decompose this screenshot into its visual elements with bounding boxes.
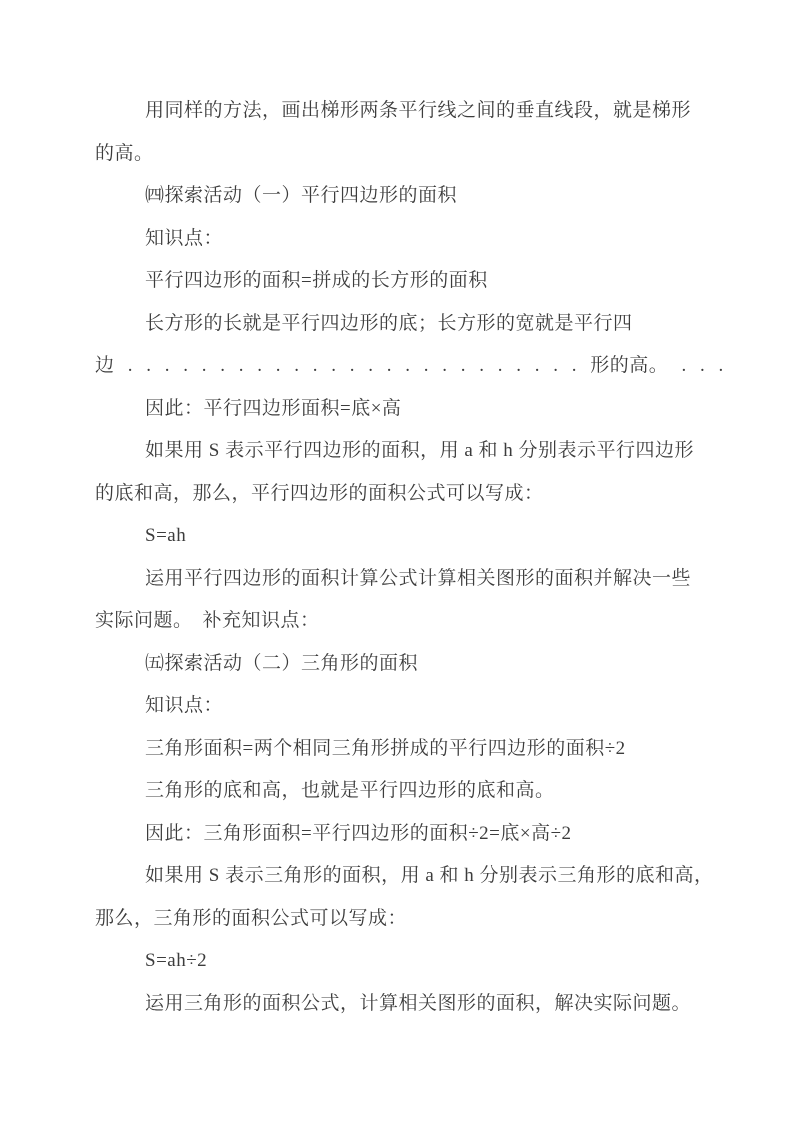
text-line: 运用平行四边形的面积计算公式计算相关图形的面积并解决一些 xyxy=(95,558,685,601)
section-heading-4: ㈣探索活动（一）平行四边形的面积 xyxy=(95,175,685,218)
formula-line: 因此：三角形面积=平行四边形的面积÷2=底×高÷2 xyxy=(95,813,685,856)
formula-line: 三角形面积=两个相同三角形拼成的平行四边形的面积÷2 xyxy=(95,728,685,771)
text-line: 如果用 S 表示三角形的面积，用 a 和 h 分别表示三角形的底和高， xyxy=(95,855,685,898)
text-line: 用同样的方法，画出梯形两条平行线之间的垂直线段，就是梯形 xyxy=(95,90,685,133)
document-body: 用同样的方法，画出梯形两条平行线之间的垂直线段，就是梯形 的高。 ㈣探索活动（一… xyxy=(95,90,685,1025)
text-line: 知识点： xyxy=(95,685,685,728)
text-line: 那么，三角形的面积公式可以写成： xyxy=(95,898,685,941)
formula-line: S=ah xyxy=(95,515,685,558)
text-line: 的高。 xyxy=(95,133,685,176)
text-line: 实际问题。 补充知识点： xyxy=(95,600,685,643)
text-line: 运用三角形的面积公式，计算相关图形的面积，解决实际问题。 xyxy=(95,983,685,1026)
formula-line: 平行四边形的面积=拼成的长方形的面积 xyxy=(95,260,685,303)
formula-line: 因此：平行四边形面积=底×高 xyxy=(95,388,685,431)
text-line: 长方形的长就是平行四边形的底；长方形的宽就是平行四 xyxy=(95,303,685,346)
text-line: 的底和高，那么，平行四边形的面积公式可以写成： xyxy=(95,473,685,516)
text-line: 三角形的底和高，也就是平行四边形的底和高。 xyxy=(95,770,685,813)
text-line: 知识点： xyxy=(95,218,685,261)
dotted-leader-line: 边 . . . . . . . . . . . . . . . . . . . … xyxy=(95,345,685,388)
formula-line: S=ah÷2 xyxy=(95,940,685,983)
section-heading-5: ㈤探索活动（二）三角形的面积 xyxy=(95,643,685,686)
document-page: 用同样的方法，画出梯形两条平行线之间的垂直线段，就是梯形 的高。 ㈣探索活动（一… xyxy=(0,0,793,1122)
text-line: 如果用 S 表示平行四边形的面积，用 a 和 h 分别表示平行四边形 xyxy=(95,430,685,473)
